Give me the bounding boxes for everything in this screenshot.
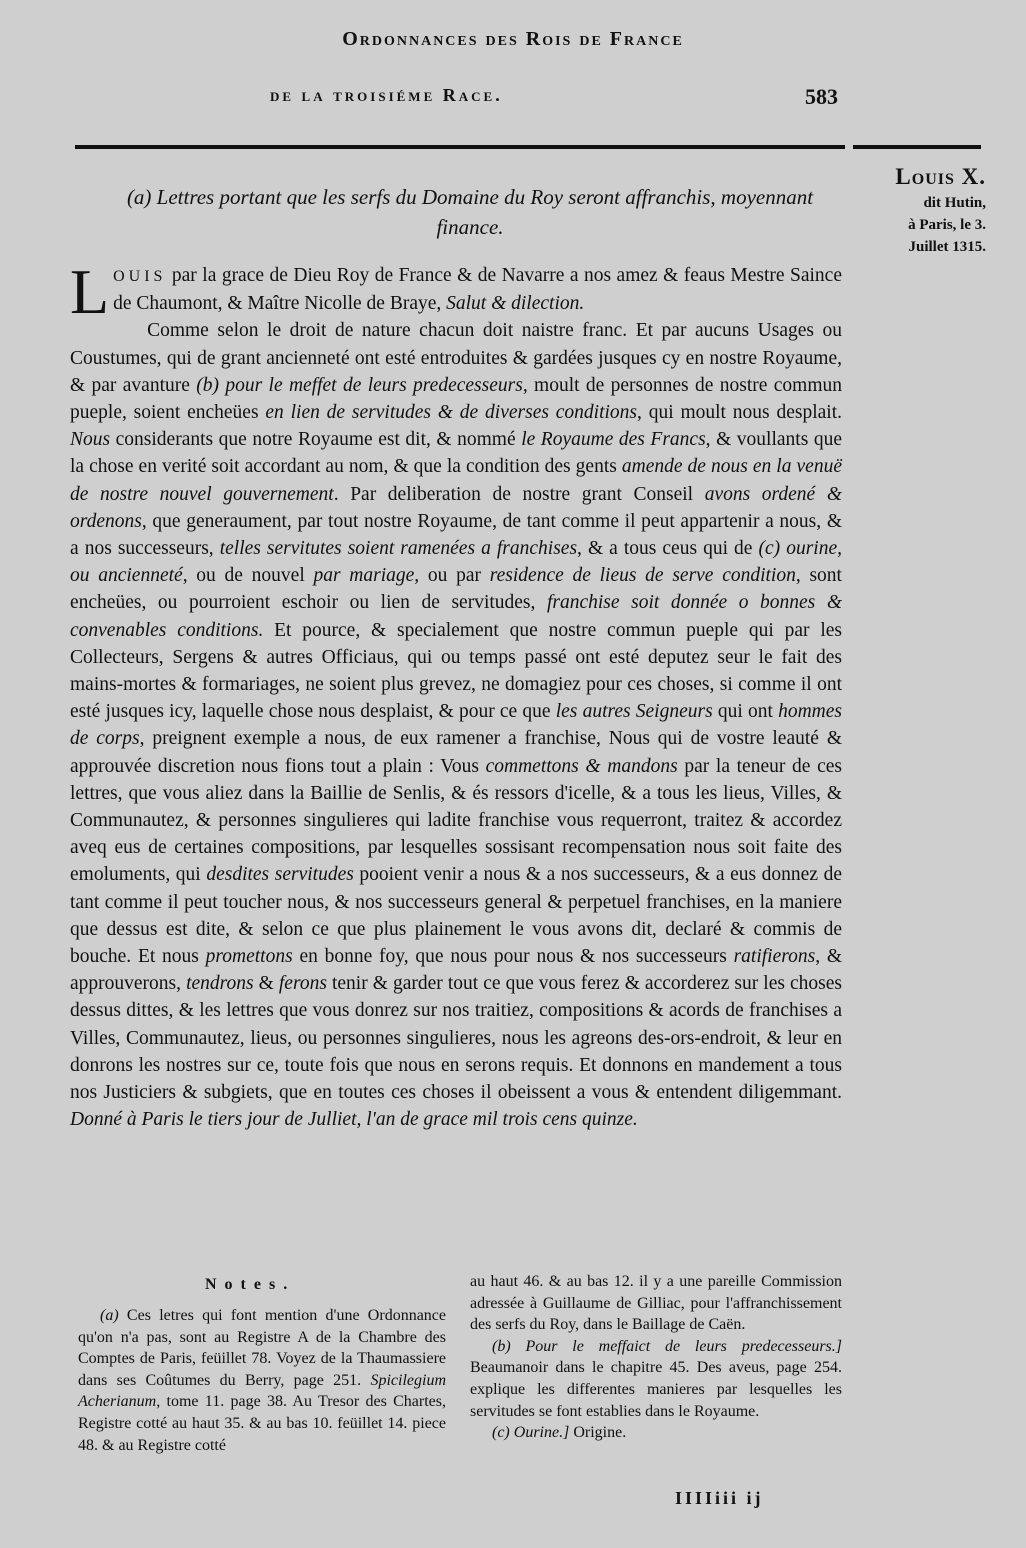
margin-line: dit Hutin, bbox=[846, 192, 986, 214]
header-rule bbox=[75, 145, 845, 149]
paragraph-body: Comme selon le droit de nature chacun do… bbox=[70, 317, 842, 1133]
running-title: Ordonnances des Rois de France bbox=[0, 28, 1026, 51]
margin-line: Juillet 1315. bbox=[846, 236, 986, 258]
margin-line: à Paris, le 3. bbox=[846, 214, 986, 236]
document-title: (a) Lettres portant que les serfs du Dom… bbox=[100, 182, 840, 242]
margin-rule bbox=[853, 145, 981, 149]
margin-note: Louis X. dit Hutin, à Paris, le 3. Juill… bbox=[846, 162, 986, 258]
note-a-continued: au haut 46. & au bas 12. il y a une pare… bbox=[470, 1271, 842, 1336]
drop-cap: L bbox=[70, 266, 109, 318]
running-subtitle: de la troisiéme Race. bbox=[270, 85, 503, 106]
main-text: LOUIS par la grace de Dieu Roy de France… bbox=[70, 262, 842, 1134]
notes-left-column: (a) Ces letres qui font mention d'une Or… bbox=[78, 1305, 446, 1456]
notes-heading: Notes. bbox=[205, 1276, 295, 1294]
note-c: (c) Ourine.] Origine. bbox=[470, 1422, 842, 1444]
notes-right-column: au haut 46. & au bas 12. il y a une pare… bbox=[470, 1271, 842, 1444]
note-a: (a) Ces letres qui font mention d'une Or… bbox=[78, 1305, 446, 1456]
note-b: (b) Pour le meffaict de leurs predecesse… bbox=[470, 1336, 842, 1422]
paragraph-salutation: LOUIS par la grace de Dieu Roy de France… bbox=[70, 262, 842, 317]
signature-mark: IIIIiii ij bbox=[675, 1488, 764, 1509]
margin-king: Louis X. bbox=[846, 162, 986, 192]
page-number: 583 bbox=[805, 84, 838, 110]
